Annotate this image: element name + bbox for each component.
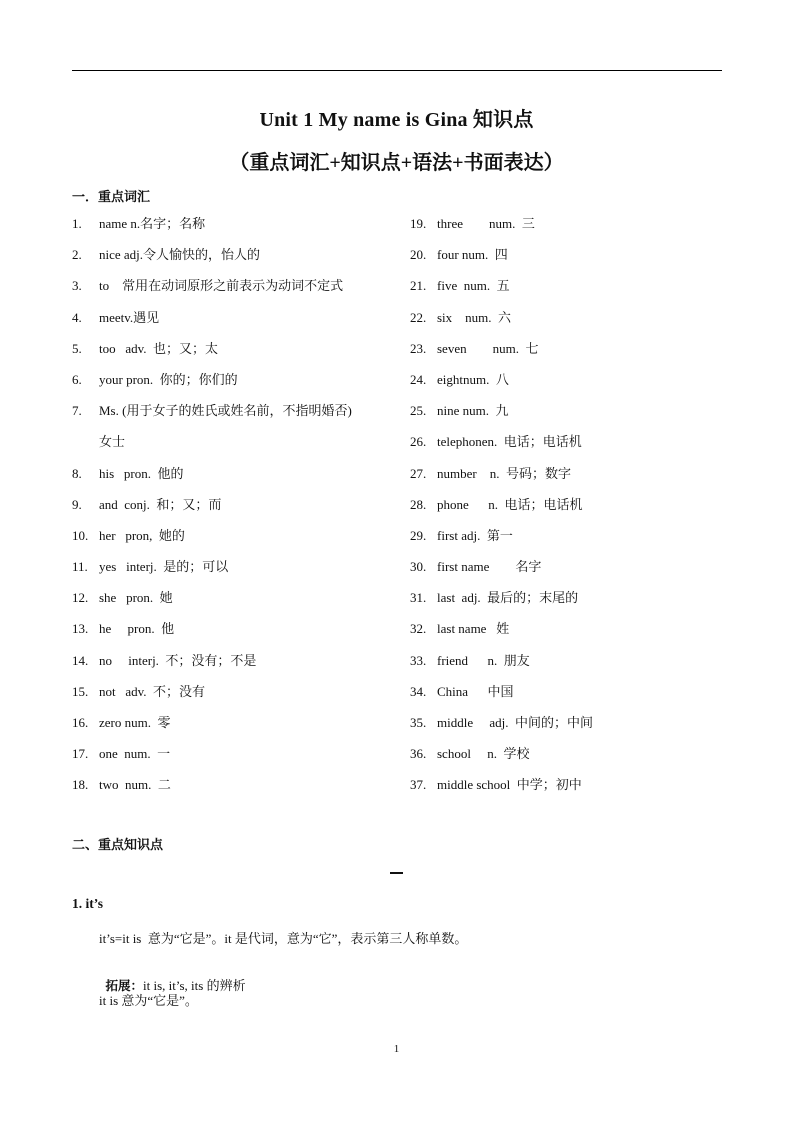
vocab-item: 16.zero num. 零 xyxy=(72,713,402,744)
vocab-continuation: 女士 xyxy=(72,432,402,463)
vocab-text: seven num. 七 xyxy=(437,339,538,370)
vocab-text: middle school 中学；初中 xyxy=(437,775,582,806)
vocab-item: 26.telephonen. 电话；电话机 xyxy=(410,432,720,463)
vocab-number: 27. xyxy=(410,464,437,495)
vocab-text: to 常用在动词原形之前表示为动词不定式 xyxy=(99,276,343,307)
vocab-text: her pron, 她的 xyxy=(99,526,185,557)
vocab-text: name n.名字；名称 xyxy=(99,214,205,245)
vocab-list-right: 19.three num. 三20.four num. 四21.five num… xyxy=(410,214,720,807)
vocab-text: four num. 四 xyxy=(437,245,508,276)
vocab-text: five num. 五 xyxy=(437,276,510,307)
vocab-number: 21. xyxy=(410,276,437,307)
vocab-number: 3. xyxy=(72,276,99,307)
vocab-item: 34.China 中国 xyxy=(410,682,720,713)
vocab-text: three num. 三 xyxy=(437,214,535,245)
vocab-item: 20.four num. 四 xyxy=(410,245,720,276)
vocab-text: no interj. 不；没有；不是 xyxy=(99,651,256,682)
vocab-text: school n. 学校 xyxy=(437,744,529,775)
vocab-item: 21.five num. 五 xyxy=(410,276,720,307)
vocab-text: friend n. 朋友 xyxy=(437,651,530,682)
vocab-item: 15.not adv. 不；没有 xyxy=(72,682,402,713)
vocab-item: 14.no interj. 不；没有；不是 xyxy=(72,651,402,682)
vocab-number: 24. xyxy=(410,370,437,401)
vocab-text: too adv. 也；又；太 xyxy=(99,339,218,370)
vocab-text: middle adj. 中间的；中间 xyxy=(437,713,593,744)
vocab-number: 28. xyxy=(410,495,437,526)
vocab-item: 23.seven num. 七 xyxy=(410,339,720,370)
vocab-number: 4. xyxy=(72,308,99,339)
point-title: 1. it’s xyxy=(72,896,103,912)
vocab-item: 11.yes interj. 是的；可以 xyxy=(72,557,402,588)
vocab-text: last adj. 最后的；末尾的 xyxy=(437,588,578,619)
vocab-item: 1.name n.名字；名称 xyxy=(72,214,402,245)
vocab-item: 30.first name 名字 xyxy=(410,557,720,588)
vocab-number: 37. xyxy=(410,775,437,806)
vocab-number: 32. xyxy=(410,619,437,650)
vocab-number: 6. xyxy=(72,370,99,401)
vocab-text: number n. 号码；数字 xyxy=(437,464,571,495)
vocab-text: she pron. 她 xyxy=(99,588,173,619)
vocab-text: first name 名字 xyxy=(437,557,541,588)
vocab-item: 22.six num. 六 xyxy=(410,308,720,339)
point-explanation: it’s=it is 意为“它是”。it 是代词，意为“它”，表示第三人称单数。 xyxy=(99,928,467,947)
vocab-text: his pron. 他的 xyxy=(99,464,184,495)
vocab-number: 25. xyxy=(410,401,437,432)
vocab-text: two num. 二 xyxy=(99,775,171,806)
vocab-item: 7.Ms. (用于女子的姓氏或姓名前，不指明婚否) xyxy=(72,401,402,432)
vocab-text: nice adj.令人愉快的，怡人的 xyxy=(99,245,260,276)
vocab-number: 17. xyxy=(72,744,99,775)
vocab-number: 29. xyxy=(410,526,437,557)
header-rule xyxy=(72,70,722,71)
vocab-number: 23. xyxy=(410,339,437,370)
vocab-text: one num. 一 xyxy=(99,744,170,775)
vocab-number: 2. xyxy=(72,245,99,276)
vocab-text: Ms. (用于女子的姓氏或姓名前，不指明婚否) xyxy=(99,401,352,432)
vocab-item: 18.two num. 二 xyxy=(72,775,402,806)
vocab-text: nine num. 九 xyxy=(437,401,509,432)
vocab-number: 1. xyxy=(72,214,99,245)
vocab-text: meetv.遇见 xyxy=(99,308,159,339)
vocab-item: 28.phone n. 电话；电话机 xyxy=(410,495,720,526)
vocab-item: 19.three num. 三 xyxy=(410,214,720,245)
vocab-text: zero num. 零 xyxy=(99,713,170,744)
vocab-item: 2.nice adj.令人愉快的，怡人的 xyxy=(72,245,402,276)
vocab-item: 3.to 常用在动词原形之前表示为动词不定式 xyxy=(72,276,402,307)
vocab-number: 22. xyxy=(410,308,437,339)
vocab-item: 8.his pron. 他的 xyxy=(72,464,402,495)
vocab-number: 20. xyxy=(410,245,437,276)
vocab-text: phone n. 电话；电话机 xyxy=(437,495,583,526)
vocab-text: not adv. 不；没有 xyxy=(99,682,205,713)
vocab-item: 37.middle school 中学；初中 xyxy=(410,775,720,806)
vocab-number: 13. xyxy=(72,619,99,650)
vocab-item: 35.middle adj. 中间的；中间 xyxy=(410,713,720,744)
vocab-number: 19. xyxy=(410,214,437,245)
vocab-number: 11. xyxy=(72,557,99,588)
vocab-number: 36. xyxy=(410,744,437,775)
vocab-number: 18. xyxy=(72,775,99,806)
vocab-item: 24.eightnum. 八 xyxy=(410,370,720,401)
vocab-text: last name 姓 xyxy=(437,619,509,650)
vocab-text: your pron. 你的；你们的 xyxy=(99,370,238,401)
vocab-number: 7. xyxy=(72,401,99,432)
section-heading-vocabulary: 一．重点词汇 xyxy=(72,186,150,205)
vocab-number: 9. xyxy=(72,495,99,526)
vocab-number: 14. xyxy=(72,651,99,682)
vocab-item: 6.your pron. 你的；你们的 xyxy=(72,370,402,401)
vocab-text: eightnum. 八 xyxy=(437,370,509,401)
vocab-list-left: 1.name n.名字；名称2.nice adj.令人愉快的，怡人的3.to 常… xyxy=(72,214,402,807)
vocab-text: six num. 六 xyxy=(437,308,511,339)
section-heading-key-points: 二、重点知识点 xyxy=(72,834,163,853)
vocab-text: yes interj. 是的；可以 xyxy=(99,557,228,588)
divider-dash xyxy=(390,872,403,874)
vocab-item: 5.too adv. 也；又；太 xyxy=(72,339,402,370)
vocab-text: telephonen. 电话；电话机 xyxy=(437,432,582,463)
vocab-number: 5. xyxy=(72,339,99,370)
vocab-number: 34. xyxy=(410,682,437,713)
vocab-item: 10.her pron, 她的 xyxy=(72,526,402,557)
vocab-item: 32.last name 姓 xyxy=(410,619,720,650)
point-extension: 拓展：it is, it’s, its 的辨析 xyxy=(99,959,246,994)
document-subtitle: （重点词汇+知识点+语法+书面表达） xyxy=(0,146,793,175)
vocab-item: 9.and conj. 和；又；而 xyxy=(72,495,402,526)
vocab-item: 17.one num. 一 xyxy=(72,744,402,775)
vocab-item: 25.nine num. 九 xyxy=(410,401,720,432)
vocab-number: 16. xyxy=(72,713,99,744)
vocab-text: and conj. 和；又；而 xyxy=(99,495,221,526)
vocab-number: 33. xyxy=(410,651,437,682)
vocab-number: 31. xyxy=(410,588,437,619)
vocab-number: 35. xyxy=(410,713,437,744)
vocab-number: 15. xyxy=(72,682,99,713)
vocab-item: 29.first adj. 第一 xyxy=(410,526,720,557)
point-detail: it is 意为“它是”。 xyxy=(99,990,198,1009)
vocab-number: 30. xyxy=(410,557,437,588)
vocab-item: 33.friend n. 朋友 xyxy=(410,651,720,682)
vocab-number: 10. xyxy=(72,526,99,557)
vocab-number: 26. xyxy=(410,432,437,463)
vocab-item: 13.he pron. 他 xyxy=(72,619,402,650)
page-number: 1 xyxy=(0,1043,793,1055)
vocab-item: 4.meetv.遇见 xyxy=(72,308,402,339)
vocab-text: first adj. 第一 xyxy=(437,526,513,557)
vocab-item: 31.last adj. 最后的；末尾的 xyxy=(410,588,720,619)
document-title: Unit 1 My name is Gina 知识点 xyxy=(0,103,793,132)
vocab-number: 8. xyxy=(72,464,99,495)
vocab-item: 36.school n. 学校 xyxy=(410,744,720,775)
vocab-item: 12.she pron. 她 xyxy=(72,588,402,619)
vocab-item: 27.number n. 号码；数字 xyxy=(410,464,720,495)
vocab-number: 12. xyxy=(72,588,99,619)
vocab-text: China 中国 xyxy=(437,682,514,713)
vocab-text: he pron. 他 xyxy=(99,619,174,650)
